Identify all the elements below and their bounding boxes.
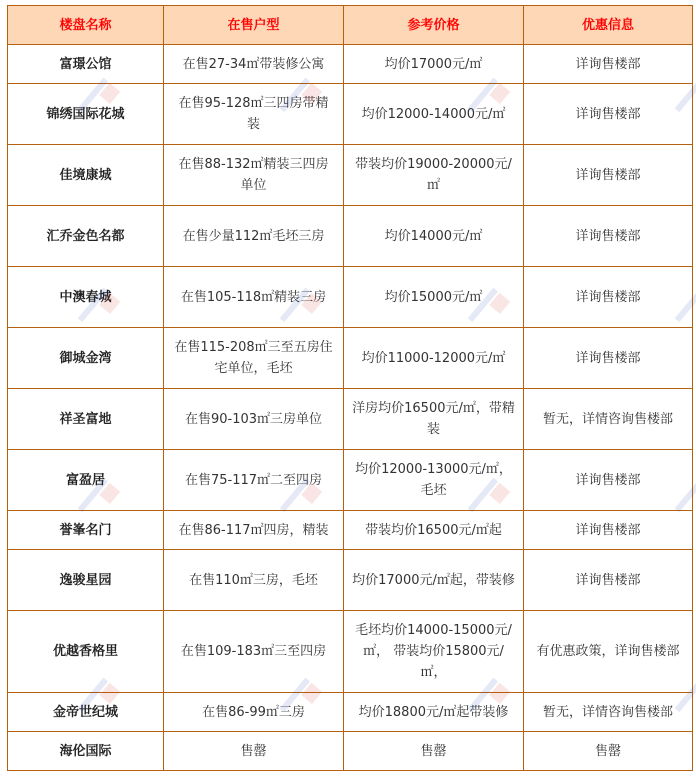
table-row: 誉峯名门 在售86-117㎡四房，精装 带装均价16500元/㎡起 详询售楼部 [8,511,693,550]
property-name: 逸骏星园 [8,550,164,611]
reference-price: 带装均价19000-20000元/㎡ [344,145,524,206]
offer-info: 详询售楼部 [524,267,693,328]
offer-info: 暂无，详情咨询售楼部 [524,389,693,450]
offer-info: 有优惠政策，详询售楼部 [524,611,693,693]
table-header-row: 楼盘名称 在售户型 参考价格 优惠信息 [8,6,693,45]
property-name: 海伦国际 [8,732,164,771]
reference-price: 售罄 [344,732,524,771]
reference-price: 带装均价16500元/㎡起 [344,511,524,550]
offer-info: 详询售楼部 [524,550,693,611]
table-row: 富璟公馆 在售27-34㎡带装修公寓 均价17000元/㎡ 详询售楼部 [8,45,693,84]
reference-price: 均价17000元/㎡ [344,45,524,84]
property-name: 富璟公馆 [8,45,164,84]
property-name: 祥圣富地 [8,389,164,450]
reference-price: 均价14000元/㎡ [344,206,524,267]
units-on-sale: 在售95-128㎡三四房带精装 [164,84,344,145]
units-on-sale: 在售86-99㎡三房 [164,693,344,732]
offer-info: 详询售楼部 [524,206,693,267]
reference-price: 毛坯均价14000-15000元/㎡， 带装均价15800元/㎡， [344,611,524,693]
property-name: 汇乔金色名都 [8,206,164,267]
table-row: 金帝世纪城 在售86-99㎡三房 均价18800元/㎡起带装修 暂无，详情咨询售… [8,693,693,732]
reference-price: 均价18800元/㎡起带装修 [344,693,524,732]
table-row: 锦绣国际花城 在售95-128㎡三四房带精装 均价12000-14000元/㎡ … [8,84,693,145]
property-name: 锦绣国际花城 [8,84,164,145]
reference-price: 均价12000-13000元/㎡，毛坯 [344,450,524,511]
units-on-sale: 在售109-183㎡三至四房 [164,611,344,693]
offer-info: 售罄 [524,732,693,771]
property-name: 优越香格里 [8,611,164,693]
units-on-sale: 在售115-208㎡三至五房住宅单位，毛坯 [164,328,344,389]
table-row: 中澳春城 在售105-118㎡精装三房 均价15000元/㎡ 详询售楼部 [8,267,693,328]
table-row: 御城金湾 在售115-208㎡三至五房住宅单位，毛坯 均价11000-12000… [8,328,693,389]
property-name: 金帝世纪城 [8,693,164,732]
units-on-sale: 售罄 [164,732,344,771]
table-row: 逸骏星园 在售110㎡三房，毛坯 均价17000元/㎡起，带装修 详询售楼部 [8,550,693,611]
property-name: 御城金湾 [8,328,164,389]
property-name: 佳境康城 [8,145,164,206]
table-row: 祥圣富地 在售90-103㎡三房单位 洋房均价16500元/㎡，带精装 暂无，详… [8,389,693,450]
offer-info: 详询售楼部 [524,328,693,389]
property-name: 誉峯名门 [8,511,164,550]
reference-price: 均价12000-14000元/㎡ [344,84,524,145]
header-offers: 优惠信息 [524,6,693,45]
units-on-sale: 在售86-117㎡四房，精装 [164,511,344,550]
reference-price: 均价17000元/㎡起，带装修 [344,550,524,611]
header-property-name: 楼盘名称 [8,6,164,45]
header-units-on-sale: 在售户型 [164,6,344,45]
property-listing-table: 楼盘名称 在售户型 参考价格 优惠信息 富璟公馆 在售27-34㎡带装修公寓 均… [7,5,693,771]
units-on-sale: 在售88-132㎡精装三四房单位 [164,145,344,206]
table-row: 富盈居 在售75-117㎡二至四房 均价12000-13000元/㎡，毛坯 详询… [8,450,693,511]
offer-info: 详询售楼部 [524,45,693,84]
units-on-sale: 在售90-103㎡三房单位 [164,389,344,450]
reference-price: 均价15000元/㎡ [344,267,524,328]
property-name: 富盈居 [8,450,164,511]
offer-info: 详询售楼部 [524,145,693,206]
table-row: 海伦国际 售罄 售罄 售罄 [8,732,693,771]
table-row: 汇乔金色名都 在售少量112㎡毛坯三房 均价14000元/㎡ 详询售楼部 [8,206,693,267]
offer-info: 详询售楼部 [524,511,693,550]
table-row: 优越香格里 在售109-183㎡三至四房 毛坯均价14000-15000元/㎡，… [8,611,693,693]
reference-price: 洋房均价16500元/㎡，带精装 [344,389,524,450]
property-name: 中澳春城 [8,267,164,328]
offer-info: 详询售楼部 [524,84,693,145]
units-on-sale: 在售110㎡三房，毛坯 [164,550,344,611]
header-reference-price: 参考价格 [344,6,524,45]
units-on-sale: 在售105-118㎡精装三房 [164,267,344,328]
table-row: 佳境康城 在售88-132㎡精装三四房单位 带装均价19000-20000元/㎡… [8,145,693,206]
reference-price: 均价11000-12000元/㎡ [344,328,524,389]
units-on-sale: 在售少量112㎡毛坯三房 [164,206,344,267]
units-on-sale: 在售75-117㎡二至四房 [164,450,344,511]
units-on-sale: 在售27-34㎡带装修公寓 [164,45,344,84]
offer-info: 详询售楼部 [524,450,693,511]
offer-info: 暂无，详情咨询售楼部 [524,693,693,732]
